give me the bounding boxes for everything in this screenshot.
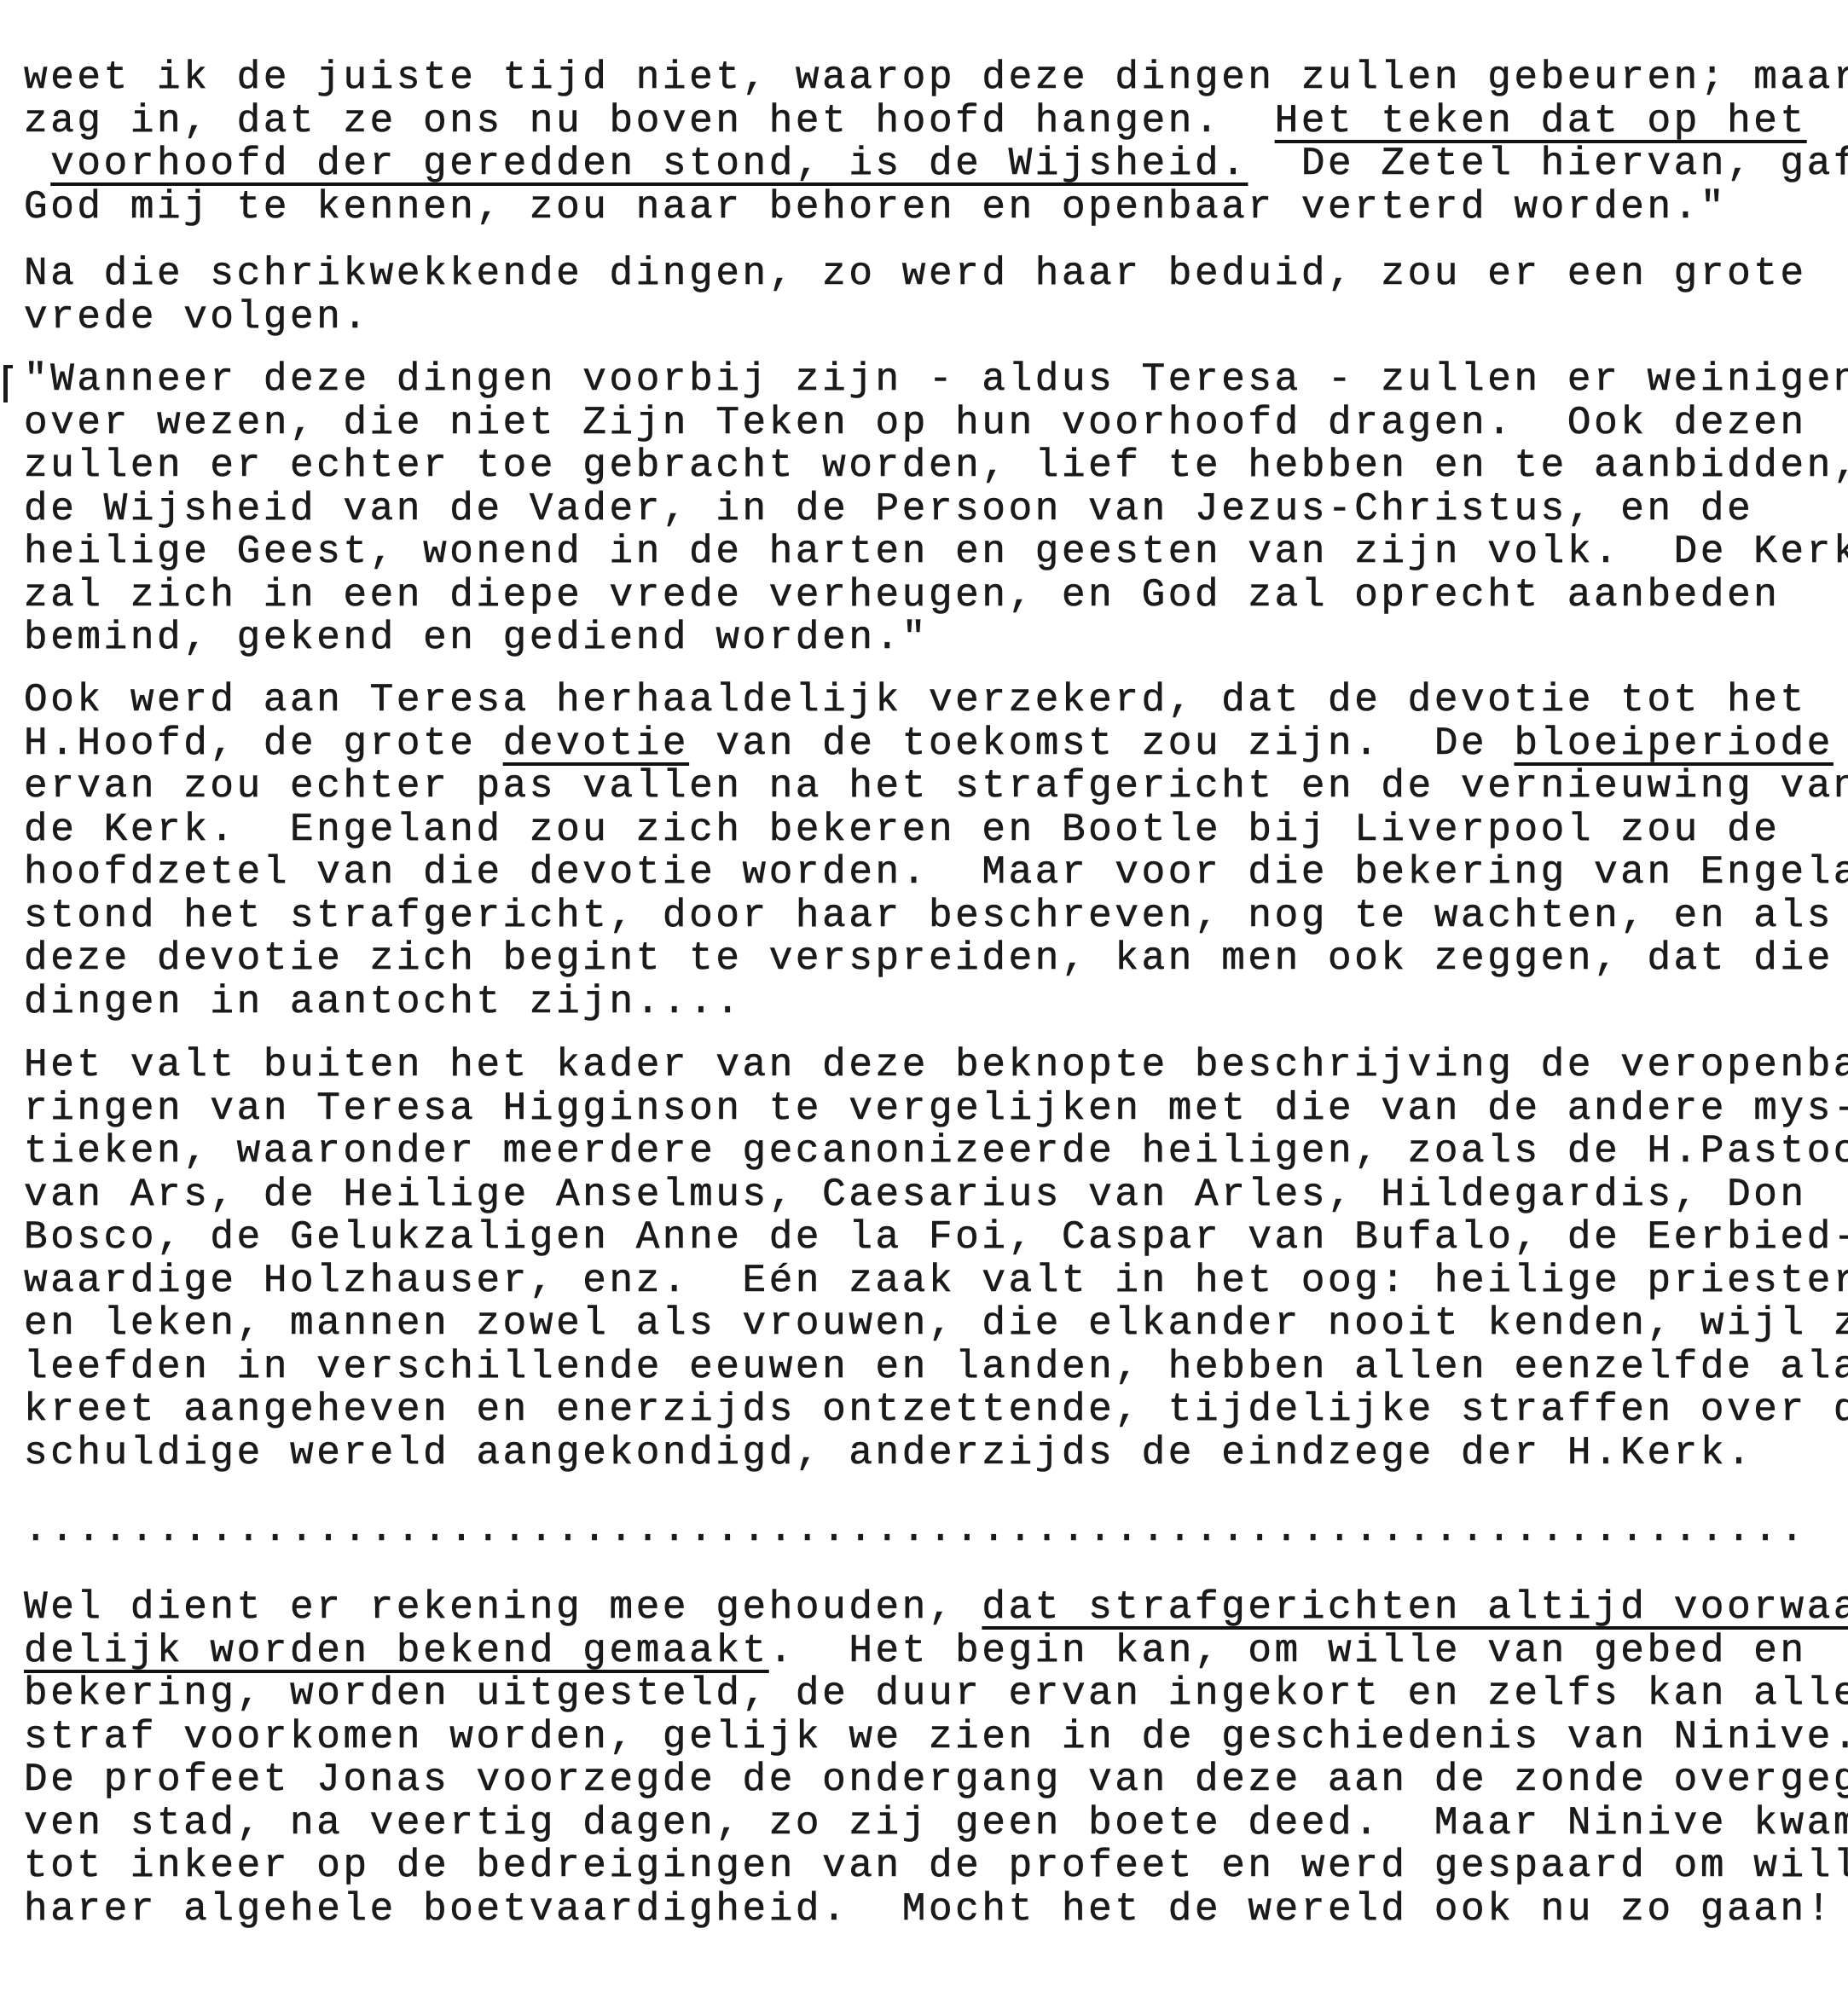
text-line: ringen van Teresa Higginson te vergelijk… <box>24 1087 1848 1131</box>
text-line: dingen in aantocht zijn.... <box>24 981 1848 1024</box>
text-run: God mij te kennen, zou naar behoren en o… <box>24 185 1727 229</box>
text-run: Het valt buiten het kader van deze bekno… <box>24 1043 1848 1087</box>
text-line: tot inkeer op de bedreigingen van de pro… <box>24 1845 1848 1888</box>
text-line: straf voorkomen worden, gelijk we zien i… <box>24 1716 1848 1759</box>
text-run: ringen van Teresa Higginson te vergelijk… <box>24 1086 1848 1131</box>
text-line: tieken, waaronder meerdere gecanonizeerd… <box>24 1130 1848 1173</box>
text-line: hoofdzetel van die devotie worden. Maar … <box>24 851 1848 895</box>
underlined-phrase: bloeiperiode <box>1514 721 1833 766</box>
text-run: en leken, mannen zowel als vrouwen, die … <box>24 1301 1848 1346</box>
text-line: over wezen, die niet Zijn Teken op hun v… <box>24 402 1848 445</box>
text-line: Het valt buiten het kader van deze bekno… <box>24 1044 1848 1087</box>
text-run: tot inkeer op de bedreigingen van de pro… <box>24 1844 1848 1888</box>
text-line: deze devotie zich begint te verspreiden,… <box>24 937 1848 981</box>
text-run: tieken, waaronder meerdere gecanonizeerd… <box>24 1129 1848 1173</box>
text-run: Ook werd aan Teresa herhaaldelijk verzek… <box>24 678 1807 722</box>
text-run: bekering, worden uitgesteld, de duur erv… <box>24 1671 1848 1716</box>
text-run: waardige Holzhauser, enz. Eén zaak valt … <box>24 1259 1848 1303</box>
text-run: H.Hoofd, de grote <box>24 721 503 766</box>
underlined-phrase: voorhoofd der geredden stond, is de Wijs… <box>50 142 1248 186</box>
text-run: "Wanneer deze dingen voorbij zijn - aldu… <box>24 357 1848 402</box>
typewritten-page: weet ik de juiste tijd niet, waarop deze… <box>0 0 1848 1998</box>
text-run: bemind, gekend en gediend worden." <box>24 616 929 660</box>
text-line: H.Hoofd, de grote devotie van de toekoms… <box>24 722 1848 766</box>
underlined-phrase: dat strafgerichten altijd voorwaar- <box>982 1585 1848 1630</box>
text-line: kreet aangeheven en enerzijds ontzettend… <box>24 1388 1848 1432</box>
text-line: schuldige wereld aangekondigd, anderzijd… <box>24 1432 1848 1475</box>
text-line: Bosco, de Gelukzaligen Anne de la Foi, C… <box>24 1216 1848 1260</box>
text-line: harer algehele boetvaardigheid. Mocht he… <box>24 1888 1848 1931</box>
text-line: zal zich in een diepe vrede verheugen, e… <box>24 574 1848 617</box>
text-run: de Wijsheid van de Vader, in de Persoon … <box>24 487 1753 531</box>
paragraph-great-peace: Na die schrikwekkende dingen, zo werd ha… <box>24 252 1807 339</box>
text-line: ven stad, na veertig dagen, zo zij geen … <box>24 1802 1848 1845</box>
text-run: vrede volgen. <box>24 295 370 339</box>
text-line: delijk worden bekend gemaakt. Het begin … <box>24 1630 1848 1673</box>
text-run: Bosco, de Gelukzaligen Anne de la Foi, C… <box>24 1215 1848 1260</box>
text-line: leefden in verschillende eeuwen en lande… <box>24 1346 1848 1389</box>
text-line: God mij te kennen, zou naar behoren en o… <box>24 186 1848 229</box>
text-run: zal zich in een diepe vrede verheugen, e… <box>24 573 1781 617</box>
text-run: weet ik de juiste tijd niet, waarop deze… <box>24 55 1848 100</box>
text-line: de Wijsheid van de Vader, in de Persoon … <box>24 488 1848 531</box>
text-run: schuldige wereld aangekondigd, anderzijd… <box>24 1431 1753 1475</box>
text-line: waardige Holzhauser, enz. Eén zaak valt … <box>24 1260 1848 1303</box>
text-line: bekering, worden uitgesteld, de duur erv… <box>24 1672 1848 1716</box>
text-line: van Ars, de Heilige Anselmus, Caesarius … <box>24 1173 1848 1217</box>
text-line: zag in, dat ze ons nu boven het hoofd ha… <box>24 100 1848 143</box>
text-run: stond het strafgericht, door haar beschr… <box>24 894 1834 938</box>
underlined-phrase: delijk worden bekend gemaakt <box>24 1629 769 1673</box>
text-line: vrede volgen. <box>24 296 1807 339</box>
text-run: zullen er echter toe gebracht worden, li… <box>24 443 1848 488</box>
paragraph-devotion-holy-head: Ook werd aan Teresa herhaaldelijk verzek… <box>24 679 1848 1023</box>
text-run: . Het begin kan, om wille van gebed en <box>769 1629 1807 1673</box>
text-run: zag in, dat ze ons nu boven het hoofd ha… <box>24 99 1275 143</box>
text-line: ervan zou echter pas vallen na het straf… <box>24 765 1848 808</box>
text-run: kreet aangeheven en enerzijds ontzettend… <box>24 1387 1848 1432</box>
text-line: bemind, gekend en gediend worden." <box>24 617 1848 660</box>
text-run: straf voorkomen worden, gelijk we zien i… <box>24 1715 1848 1759</box>
text-run: hoofdzetel van die devotie worden. Maar … <box>24 850 1848 895</box>
text-run: over wezen, die niet Zijn Teken op hun v… <box>24 401 1807 445</box>
text-line: en leken, mannen zowel als vrouwen, die … <box>24 1302 1848 1346</box>
text-run <box>24 142 50 186</box>
text-run: heilige Geest, wonend in de harten en ge… <box>24 530 1848 574</box>
dotted-separator: ........................................… <box>24 1513 1807 1547</box>
text-run: dingen in aantocht zijn.... <box>24 980 743 1024</box>
text-run: ervan zou echter pas vallen na het straf… <box>24 764 1848 808</box>
text-run: de Kerk. Engeland zou zich bekeren en Bo… <box>24 808 1781 852</box>
text-run: Wel dient er rekening mee gehouden, <box>24 1585 982 1630</box>
text-line: de Kerk. Engeland zou zich bekeren en Bo… <box>24 808 1848 852</box>
text-line: weet ik de juiste tijd niet, waarop deze… <box>24 56 1848 100</box>
paragraph-teresa-quote: "Wanneer deze dingen voorbij zijn - aldu… <box>24 358 1848 660</box>
margin-bracket-mark <box>3 365 13 402</box>
text-run: harer algehele boetvaardigheid. Mocht he… <box>24 1887 1834 1931</box>
text-run: De profeet Jonas voorzegde de ondergang … <box>24 1758 1848 1802</box>
text-run: Na die schrikwekkende dingen, zo werd ha… <box>24 252 1807 296</box>
text-line: Wel dient er rekening mee gehouden, dat … <box>24 1586 1848 1630</box>
underlined-phrase: devotie <box>503 721 689 766</box>
text-line: "Wanneer deze dingen voorbij zijn - aldu… <box>24 358 1848 402</box>
text-run: deze devotie zich begint te verspreiden,… <box>24 936 1834 981</box>
text-line: zullen er echter toe gebracht worden, li… <box>24 444 1848 488</box>
text-line: voorhoofd der geredden stond, is de Wijs… <box>24 142 1848 186</box>
text-line: Ook werd aan Teresa herhaaldelijk verzek… <box>24 679 1848 722</box>
text-line: De profeet Jonas voorzegde de ondergang … <box>24 1758 1848 1802</box>
paragraph-other-mystics: Het valt buiten het kader van deze bekno… <box>24 1044 1848 1474</box>
text-line: heilige Geest, wonend in de harten en ge… <box>24 530 1848 574</box>
paragraph-prophecy-end: weet ik de juiste tijd niet, waarop deze… <box>24 56 1848 229</box>
text-run: leefden in verschillende eeuwen en lande… <box>24 1345 1848 1389</box>
text-run: van de toekomst zou zijn. De <box>689 721 1514 766</box>
text-line: stond het strafgericht, door haar beschr… <box>24 895 1848 938</box>
underlined-phrase: Het teken dat op het <box>1275 99 1807 143</box>
text-run: van Ars, de Heilige Anselmus, Caesarius … <box>24 1173 1807 1217</box>
paragraph-conditional-punishments: Wel dient er rekening mee gehouden, dat … <box>24 1586 1848 1931</box>
text-run: ven stad, na veertig dagen, zo zij geen … <box>24 1801 1848 1845</box>
text-line: Na die schrikwekkende dingen, zo werd ha… <box>24 252 1807 296</box>
text-run: De Zetel hiervan, gaf <box>1248 142 1848 186</box>
